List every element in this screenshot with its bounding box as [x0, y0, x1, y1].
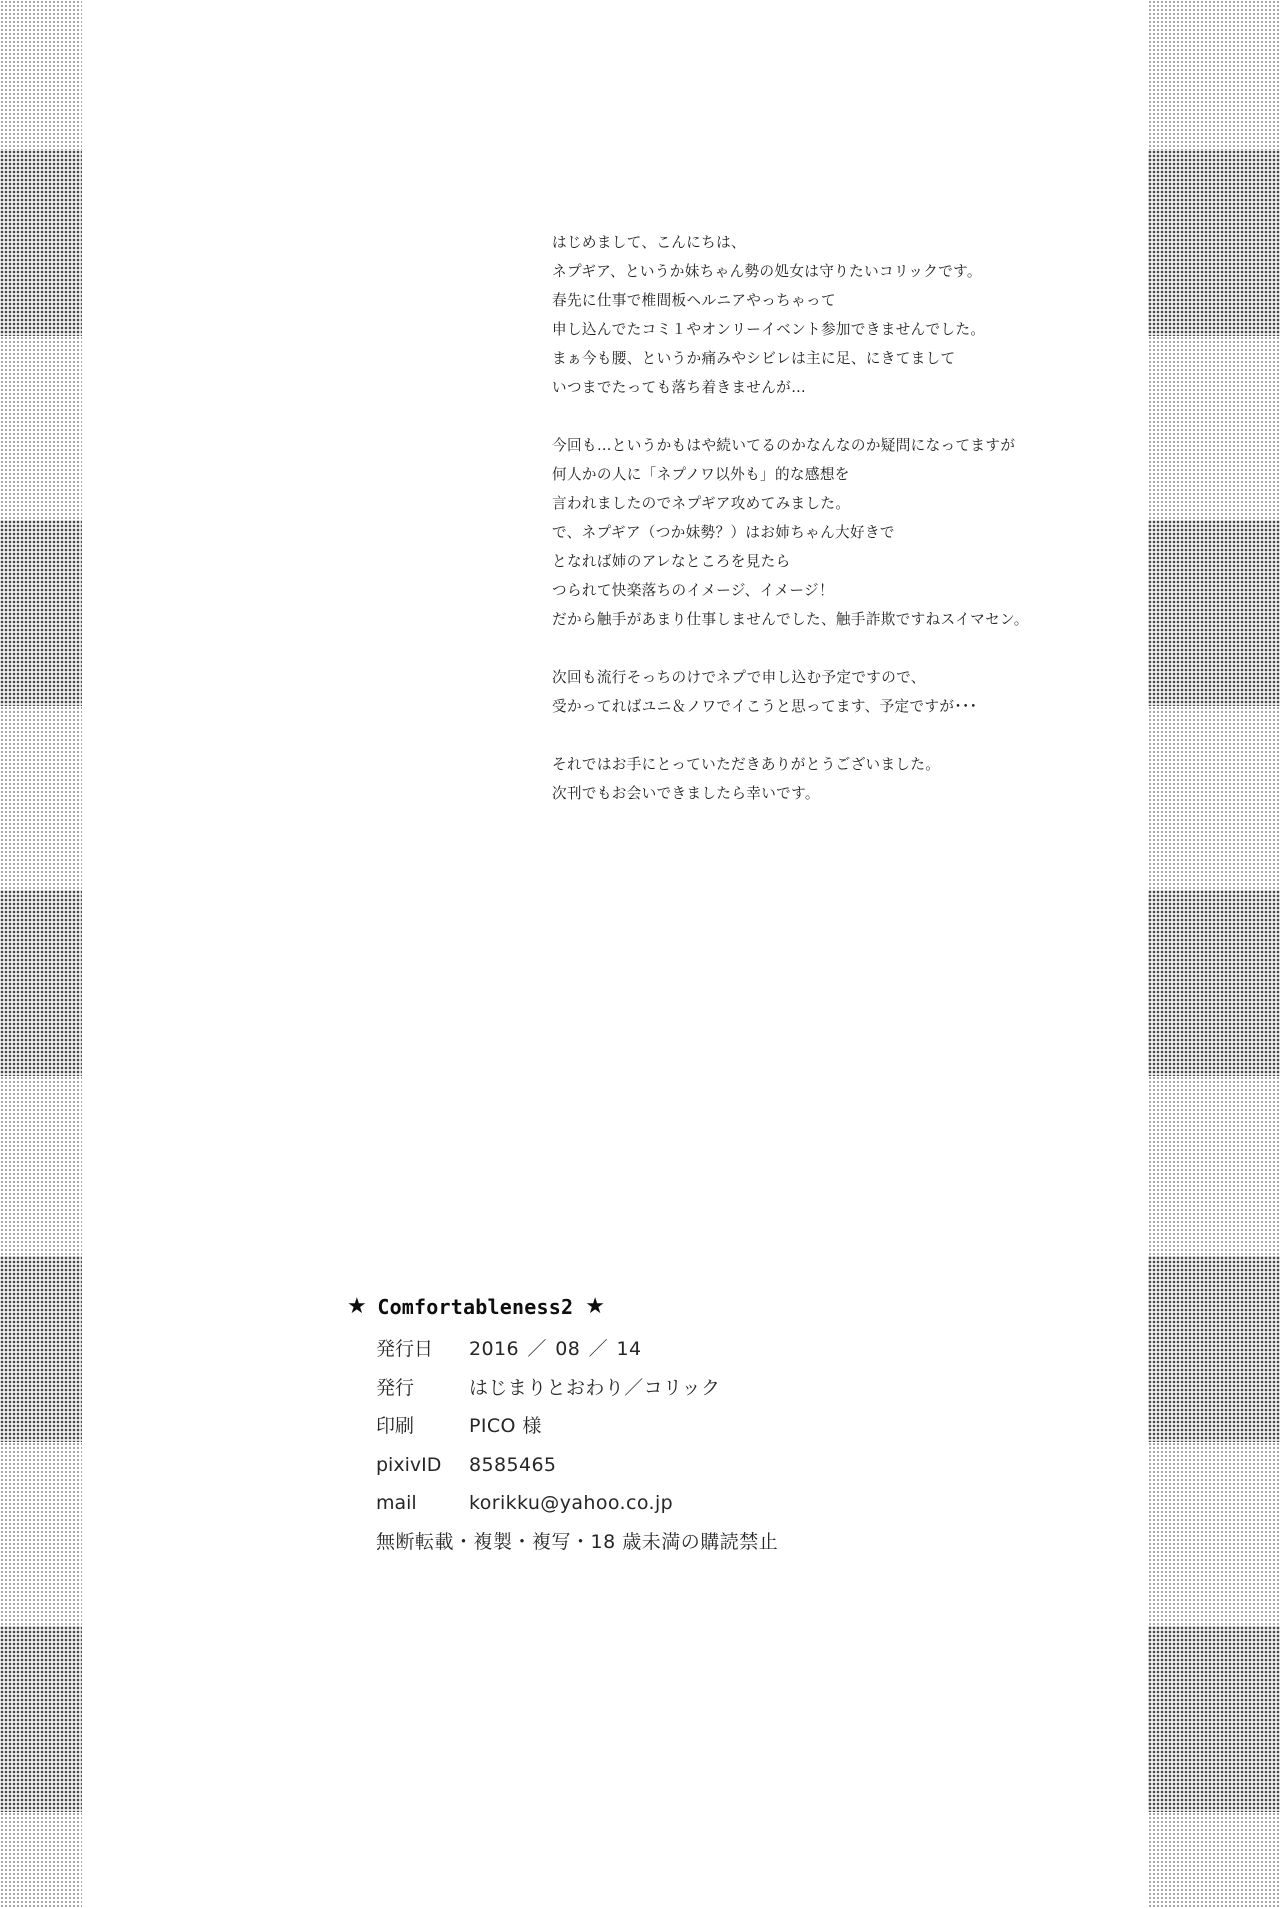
book-title: Comfortableness2 [377, 1295, 573, 1319]
text-line: だから触手があまり仕事しませんでした、触手詐欺ですねスイマセン。 [552, 605, 1112, 634]
halftone-band-dark [0, 890, 82, 1076]
text-line: つられて快楽落ちのイメージ、イメージ！ [552, 576, 1112, 605]
printer-value: PICO 様 [469, 1407, 542, 1445]
halftone-band-dark [1148, 1256, 1280, 1442]
colophon-title: ★ Comfortableness2 ★ [347, 1290, 907, 1324]
colophon-row-publisher: 発行 はじまりとおわり／コリック [376, 1369, 896, 1408]
left-halftone-border [0, 0, 82, 1908]
pixiv-id-label: pixivID [376, 1446, 441, 1484]
text-line: 何人かの人に「ネプノワ以外も」的な感想を [552, 460, 1112, 489]
star-icon: ★ [347, 1296, 367, 1318]
halftone-band-light [0, 1442, 82, 1626]
afterword-text: はじめまして、こんにちは、 ネプギア、というか妹ちゃん勢の処女は守りたいコリック… [552, 228, 1112, 808]
halftone-band-dark [1148, 1626, 1280, 1812]
text-line: 申し込んでたコミ１やオンリーイベント参加できませんでした。 [552, 315, 1112, 344]
text-line: 次回も流行そっちのけでネプで申し込む予定ですので、 [552, 663, 1112, 692]
halftone-band-dark [1148, 150, 1280, 336]
afterword-paragraph-next-issue: 次回も流行そっちのけでネプで申し込む予定ですので、 受かってればユニ＆ノワでイこ… [552, 663, 1112, 721]
colophon-row-notice: 無断転載・複製・複写・18 歳未満の購読禁止 [376, 1523, 896, 1562]
star-icon: ★ [585, 1296, 605, 1318]
colophon-row-printer: 印刷 PICO 様 [376, 1407, 896, 1446]
mail-value: korikku@yahoo.co.jp [469, 1484, 673, 1522]
colophon-row-pixiv-id: pixivID 8585465 [376, 1446, 896, 1485]
right-halftone-border [1148, 0, 1280, 1908]
halftone-band-light [1148, 706, 1280, 890]
publisher-value: はじまりとおわり／コリック [469, 1369, 720, 1407]
halftone-band-dark [0, 1626, 82, 1812]
halftone-band-light [1148, 336, 1280, 520]
halftone-band-dark [0, 150, 82, 336]
colophon-row-publish-date: 発行日 2016 ／ 08 ／ 14 [376, 1330, 896, 1369]
halftone-band-light [1148, 1812, 1280, 1908]
halftone-band-light [0, 1812, 82, 1908]
publish-date-label: 発行日 [376, 1330, 433, 1368]
text-line: 言われましたのでネプギア攻めてみました。 [552, 489, 1112, 518]
text-line: 次刊でもお会いできましたら幸いです。 [552, 779, 1112, 808]
colophon-details: 発行日 2016 ／ 08 ／ 14 発行 はじまりとおわり／コリック 印刷 P… [376, 1330, 896, 1561]
halftone-band-light [1148, 1442, 1280, 1626]
publish-date-value: 2016 ／ 08 ／ 14 [469, 1330, 641, 1368]
text-line: となれば姉のアレなところを見たら [552, 547, 1112, 576]
halftone-band-light [0, 706, 82, 890]
mail-label: mail [376, 1484, 417, 1522]
halftone-band-dark [1148, 520, 1280, 706]
afterword-paragraph-this-issue: 今回も…というかもはや続いてるのかなんなのか疑問になってますが 何人かの人に「ネ… [552, 431, 1112, 634]
halftone-band-dark [1148, 890, 1280, 1076]
halftone-band-light [0, 1076, 82, 1256]
printer-label: 印刷 [376, 1407, 414, 1445]
pixiv-id-value: 8585465 [469, 1446, 556, 1484]
text-line: 今回も…というかもはや続いてるのかなんなのか疑問になってますが [552, 431, 1112, 460]
text-line: はじめまして、こんにちは、 [552, 228, 1112, 257]
text-line: いつまでたっても落ち着きませんが… [552, 373, 1112, 402]
text-line: ネプギア、というか妹ちゃん勢の処女は守りたいコリックです。 [552, 257, 1112, 286]
text-line: それではお手にとっていただきありがとうございました。 [552, 750, 1112, 779]
publisher-label: 発行 [376, 1369, 414, 1407]
text-line: まぁ今も腰、というか痛みやシビレは主に足、にきてまして [552, 344, 1112, 373]
afterword-paragraph-greeting: はじめまして、こんにちは、 ネプギア、というか妹ちゃん勢の処女は守りたいコリック… [552, 228, 1112, 402]
halftone-band-light [0, 0, 82, 150]
text-line: 春先に仕事で椎間板ヘルニアやっちゃって [552, 286, 1112, 315]
halftone-band-dark [0, 520, 82, 706]
halftone-band-light [0, 336, 82, 520]
halftone-band-light [1148, 1076, 1280, 1256]
text-line: で、ネプギア（つか妹勢？）はお姉ちゃん大好きで [552, 518, 1112, 547]
afterword-paragraph-thanks: それではお手にとっていただきありがとうございました。 次刊でもお会いできましたら… [552, 750, 1112, 808]
colophon-row-mail: mail korikku@yahoo.co.jp [376, 1484, 896, 1523]
halftone-band-dark [0, 1256, 82, 1442]
halftone-band-light [1148, 0, 1280, 150]
reproduction-notice: 無断転載・複製・複写・18 歳未満の購読禁止 [376, 1531, 778, 1553]
colophon: ★ Comfortableness2 ★ 発行日 2016 ／ 08 ／ 14 … [347, 1290, 907, 1324]
text-line: 受かってればユニ＆ノワでイこうと思ってます、予定ですが･･･ [552, 692, 1112, 721]
